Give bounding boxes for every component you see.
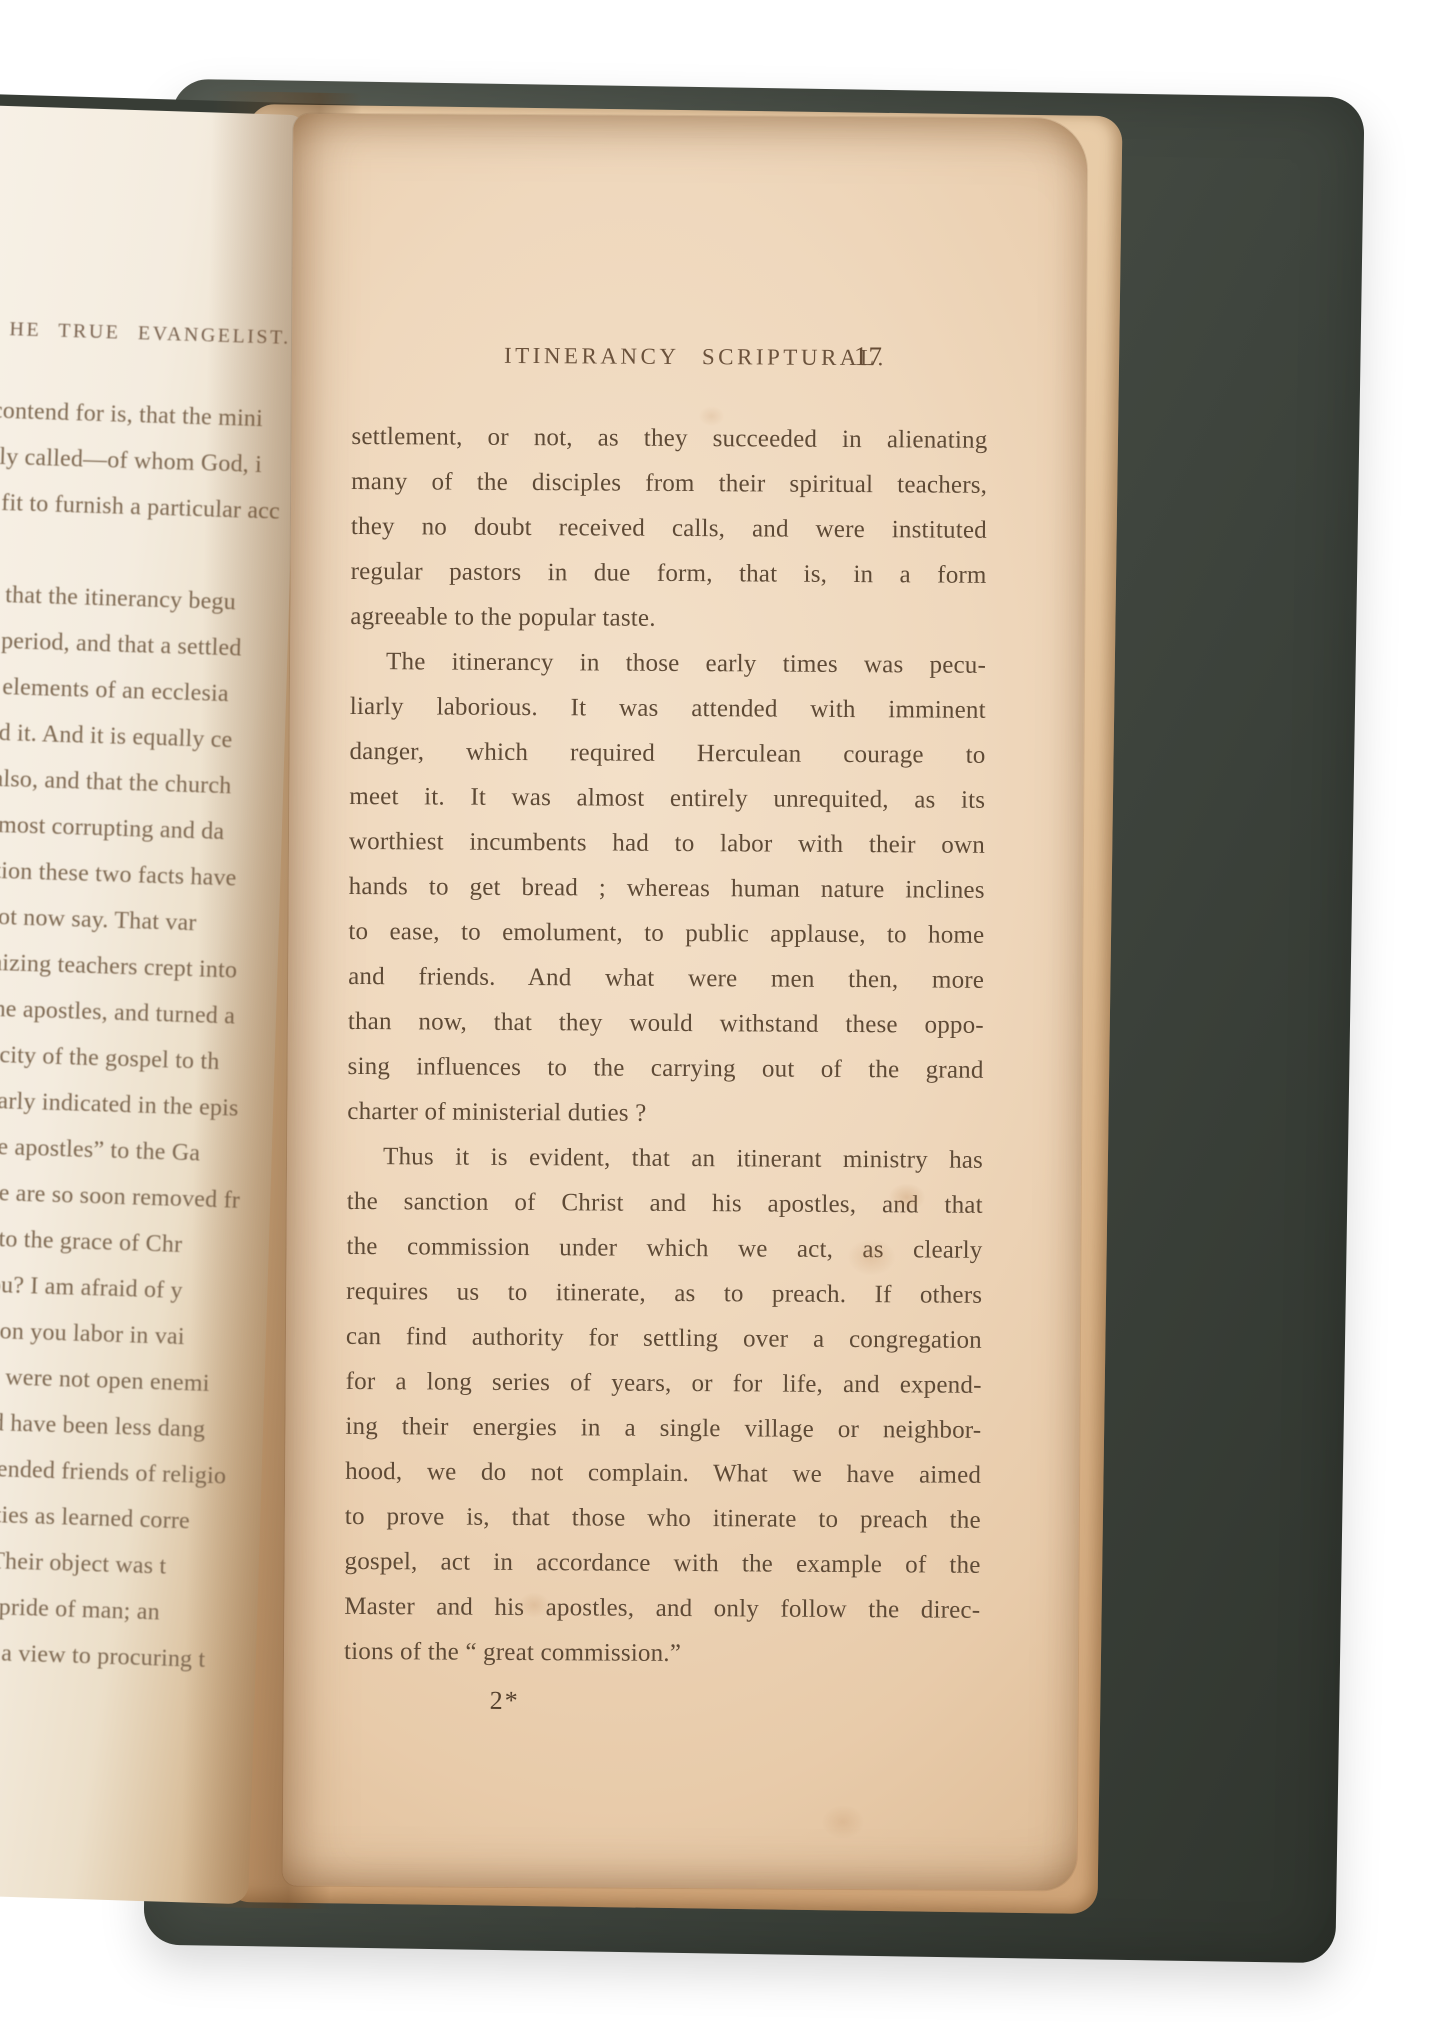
left-page-line: hat ye are so soon removed fr <box>0 1169 259 1225</box>
body-line: many of the disciples from their spiritu… <box>351 459 987 508</box>
body-line: and friends. And what were men then, mor… <box>348 954 984 1003</box>
body-line: settlement, or not, as they succeeded in… <box>351 414 987 463</box>
right-page: ITINERANCY SCRIPTURAL. 17 settlement, or… <box>283 114 1088 1891</box>
left-page-line: rly period, and that a settled <box>0 617 276 673</box>
body-line: ing their energies in a single village o… <box>345 1404 981 1453</box>
left-page-line: e pretended friends of religio <box>0 1445 250 1501</box>
body-line: Master and his apostles, and only follow… <box>344 1584 980 1633</box>
left-page-line: eded it. And it is equally ce <box>0 709 273 765</box>
left-page-line: s clearly indicated in the epis <box>0 1077 262 1133</box>
book-photo: HE TRUE EVANGELIST. e contend for is, th… <box>0 0 1445 2022</box>
body-line: liarly laborious. It was attended with i… <box>350 684 986 733</box>
body-line: gospel, act in accordance with the examp… <box>344 1539 980 1588</box>
body-line: worthiest incumbents had to labor with t… <box>349 819 985 868</box>
body-line: they no doubt received calls, and were i… <box>351 504 987 553</box>
left-page-line: ed also, and that the church <box>0 755 272 811</box>
body-line: hands to get bread ; whereas human natur… <box>349 864 985 913</box>
body-line: requires us to itinerate, as to preach. … <box>346 1269 982 1318</box>
body-line: Thus it is evident, that an itinerant mi… <box>347 1134 983 1183</box>
left-page-line: nection these two facts have <box>0 847 269 903</box>
body-line: The itinerancy in those early times was … <box>350 639 986 688</box>
left-page-line: would have been less dang <box>0 1399 252 1455</box>
left-running-header: HE TRUE EVANGELIST. <box>9 318 291 350</box>
body-line: can find authority for settling over a c… <box>346 1314 982 1363</box>
signature-mark: 2* <box>344 1677 980 1726</box>
left-page-line: Israel were not open enemi <box>0 1353 253 1409</box>
body-line: to ease, to emolument, to public applaus… <box>348 909 984 958</box>
body-line: sing influences to the carrying out of t… <box>347 1044 983 1093</box>
left-page-lines: e contend for is, that the minilarly cal… <box>0 387 284 1684</box>
right-running-header: ITINERANCY SCRIPTURAL. <box>504 343 887 371</box>
body-line: to prove is, that those who itinerate to… <box>345 1494 981 1543</box>
body-line: hood, we do not complain. What we have a… <box>345 1449 981 1498</box>
page-number: 17 <box>854 341 883 372</box>
body-line: the sanction of Christ and his apostles,… <box>347 1179 983 1228</box>
right-page-header-row: ITINERANCY SCRIPTURAL. 17 <box>352 338 988 384</box>
left-page-line: ents. Their object was t <box>0 1537 247 1593</box>
left-page-line: s with a view to procuring t <box>0 1628 245 1684</box>
body-line: the commission under which we act, as cl… <box>346 1224 982 1273</box>
body-line: meet it. It was almost entirely unrequit… <box>349 774 985 823</box>
body-line: regular pastors in due form, that is, in… <box>350 549 986 598</box>
body-line: danger, which required Herculean courage… <box>349 729 985 778</box>
left-page-line: to the pride of man; an <box>0 1582 246 1638</box>
left-page-line: ed upon you labor in vai <box>0 1307 255 1363</box>
right-page-lines: settlement, or not, as they succeeded in… <box>344 414 988 1678</box>
body-line: for a long series of years, or for life,… <box>346 1359 982 1408</box>
body-line: agreeable to the popular taste. <box>350 594 986 643</box>
left-page-line: by the apostles, and turned a <box>0 985 265 1041</box>
body-line: charter of ministerial duties ? <box>347 1089 983 1138</box>
left-page-line: ed you? I am afraid of y <box>0 1261 256 1317</box>
left-page-line: Judaizing teachers crept into <box>0 939 266 995</box>
body-line: tions of the “ great commission.” <box>344 1629 980 1678</box>
left-page-line: en fit to furnish a particular acc <box>0 479 281 535</box>
body-line: than now, that they would withstand thes… <box>348 999 984 1048</box>
